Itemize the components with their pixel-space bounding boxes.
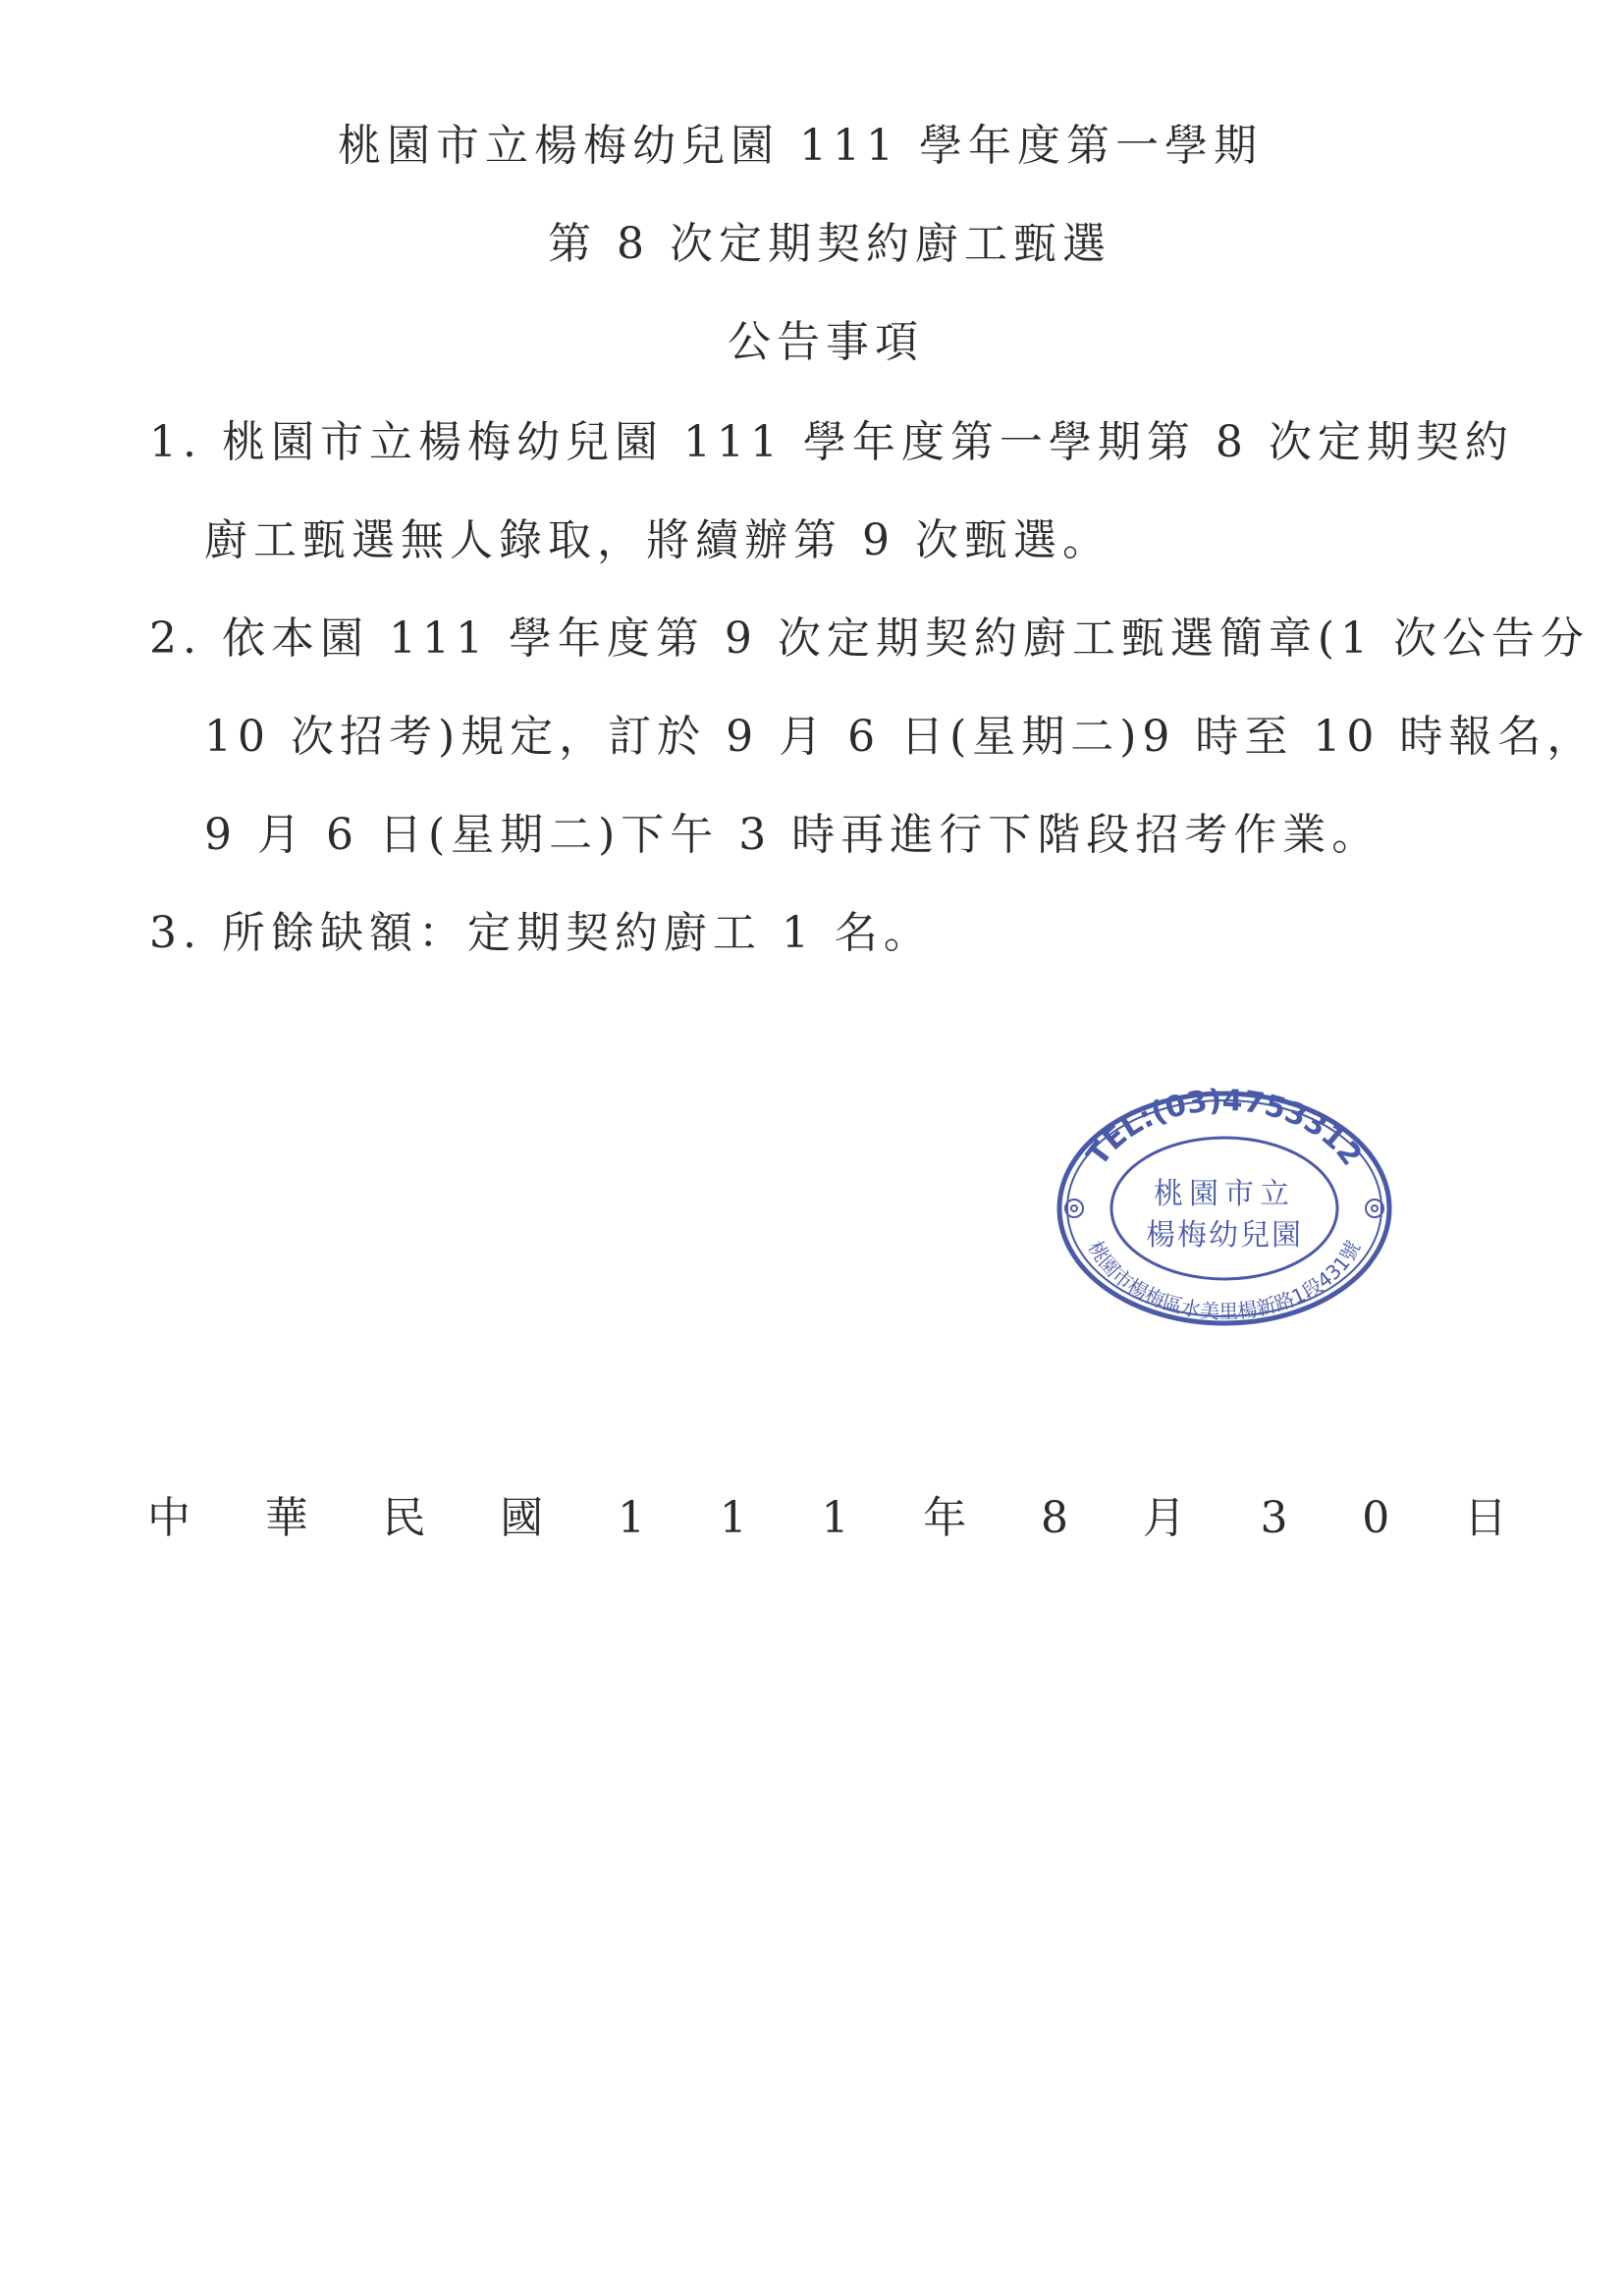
title-line-3: 公告事項 xyxy=(14,318,1624,367)
date-char: 8 xyxy=(1041,1494,1068,1543)
item-2-line-2: 10 次招考)規定，訂於 9 月 6 日(星期二)9 時至 10 時報名， xyxy=(204,713,1596,762)
official-seal-stamp: TEL:(03)4753312 桃園市楊梅區水美里楊新路1段431號 桃園市立 … xyxy=(1053,1088,1396,1329)
date-char: 月 xyxy=(1143,1494,1186,1543)
item-3-line-1: 3. 所餘缺額：定期契約廚工 1 名。 xyxy=(149,909,933,958)
date-char: 日 xyxy=(1464,1494,1507,1543)
date-char: 1 xyxy=(720,1494,747,1543)
title-line-1: 桃園市立楊梅幼兒園 111 學年度第一學期 xyxy=(0,122,1612,171)
date-char: 年 xyxy=(923,1494,966,1543)
date-char: 中 xyxy=(147,1494,190,1543)
date-char: 國 xyxy=(500,1494,543,1543)
svg-text:TEL:(03)4753312: TEL:(03)4753312 xyxy=(1080,1088,1368,1172)
date-char: 3 xyxy=(1261,1494,1288,1543)
date-char: 0 xyxy=(1362,1494,1389,1543)
stamp-tel: TEL:(03)4753312 xyxy=(1080,1088,1368,1172)
date-char: 民 xyxy=(383,1494,426,1543)
stamp-name-line-1: 桃園市立 xyxy=(1154,1177,1295,1211)
date-char: 1 xyxy=(822,1494,849,1543)
item-2-line-3: 9 月 6 日(星期二)下午 3 時再進行下階段招考作業。 xyxy=(204,811,1380,860)
item-1-line-1: 1. 桃園市立楊梅幼兒園 111 學年度第一學期第 8 次定期契約 xyxy=(149,418,1514,467)
date-char: 華 xyxy=(265,1494,308,1543)
issue-date: 中 華 民 國 1 1 1 年 8 月 3 0 日 xyxy=(147,1494,1507,1543)
item-1-line-2: 廚工甄選無人錄取，將續辦第 9 次甄選。 xyxy=(204,516,1111,565)
date-char: 1 xyxy=(618,1494,645,1543)
stamp-name-line-2: 楊梅幼兒園 xyxy=(1146,1218,1303,1253)
item-2-line-1: 2. 依本園 111 學年度第 9 次定期契約廚工甄選簡章(1 次公告分 xyxy=(149,614,1590,664)
title-line-2: 第 8 次定期契約廚工甄選 xyxy=(18,220,1624,269)
